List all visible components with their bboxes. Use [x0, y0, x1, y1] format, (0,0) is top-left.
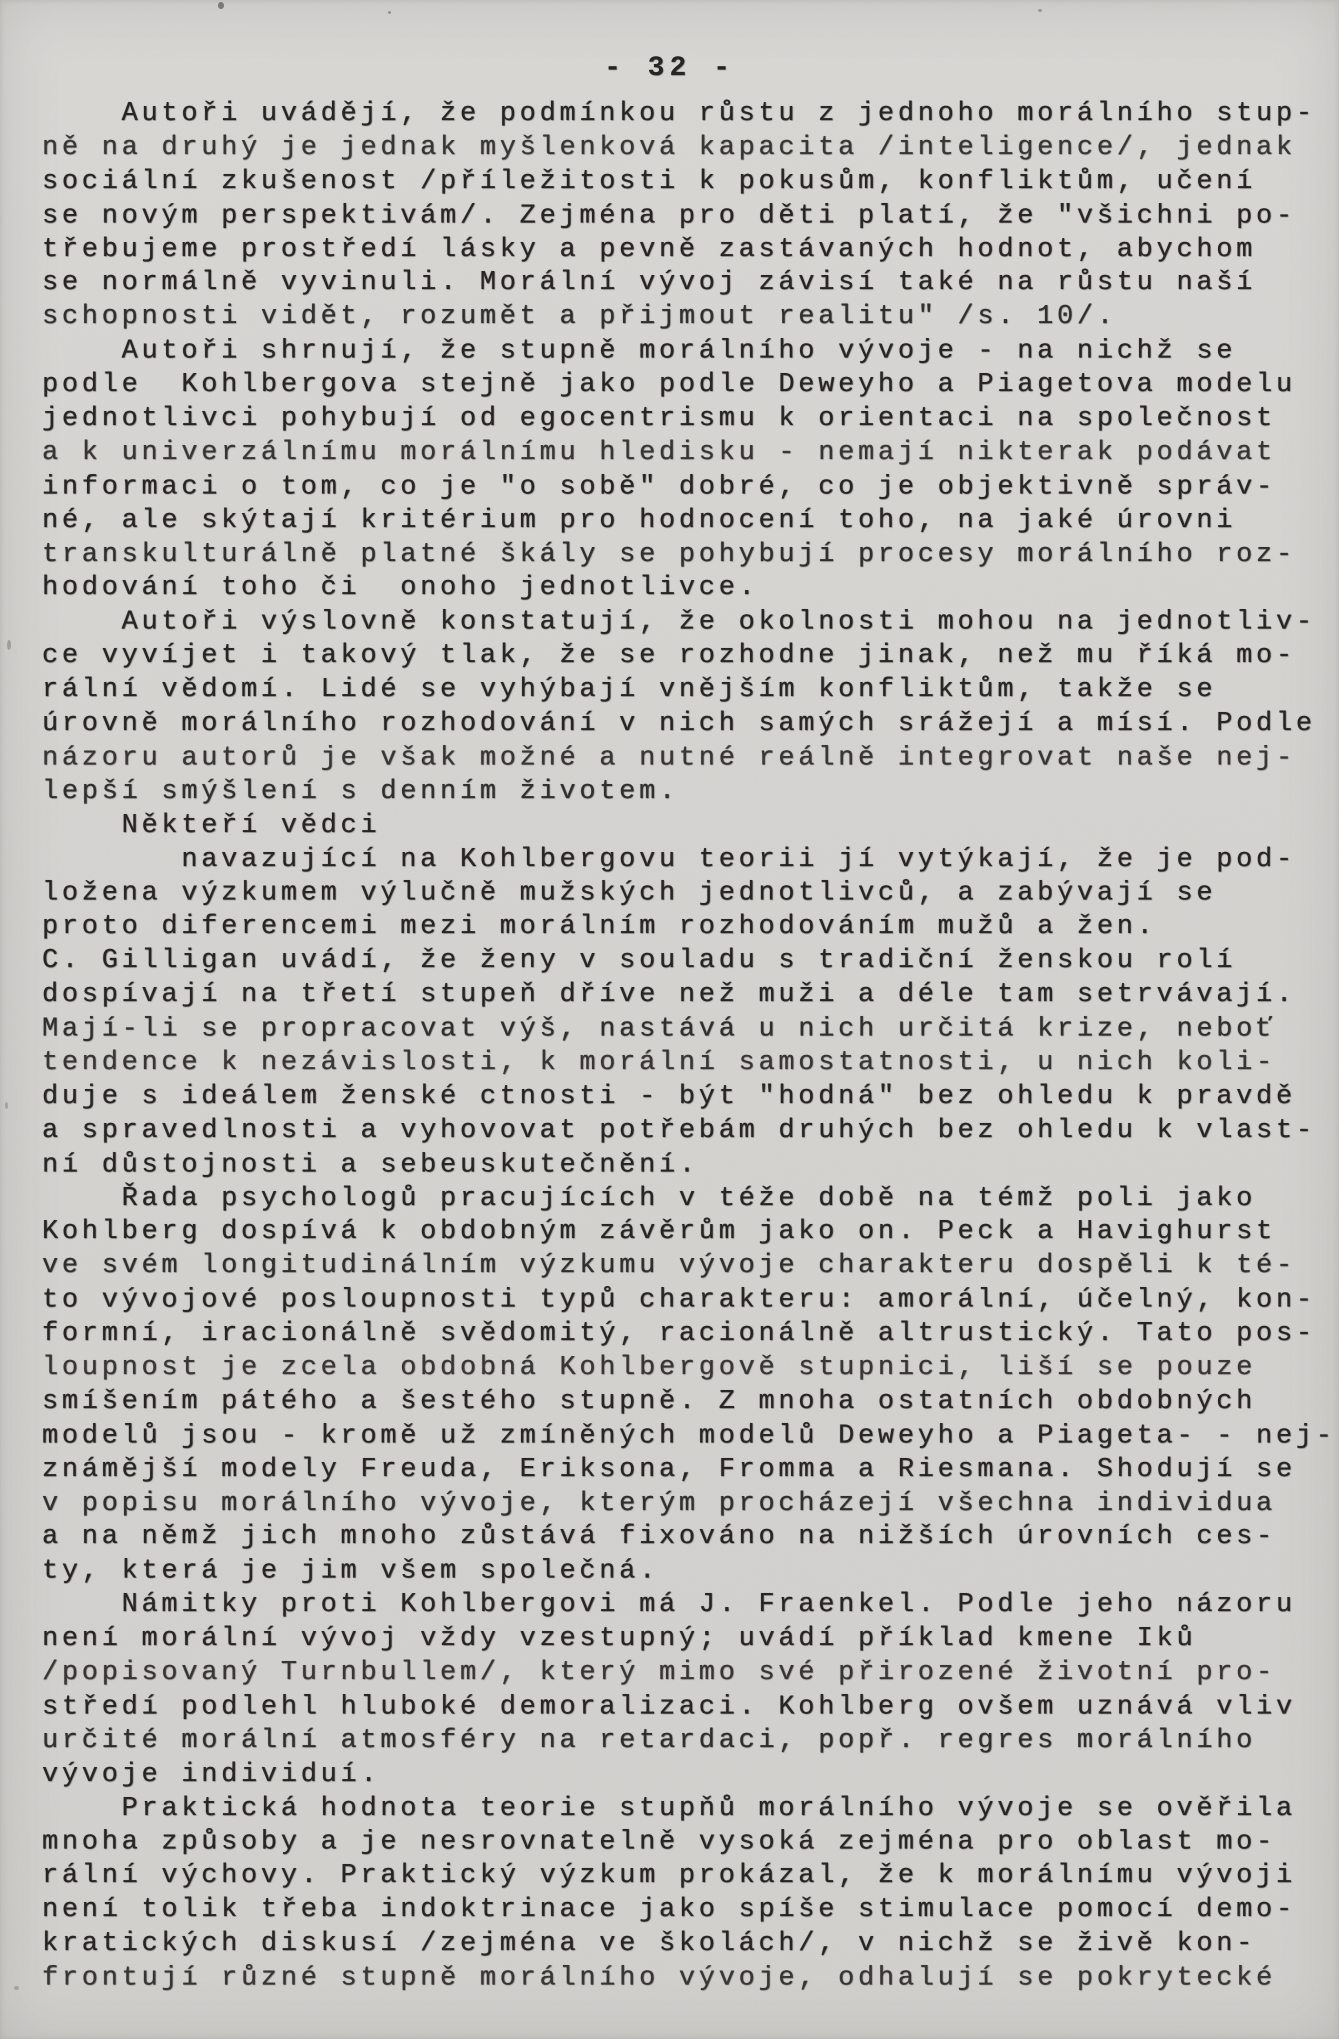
text-line: Někteří vědci: [42, 810, 1333, 844]
text-line: Řada psychologů pracujících v téže době …: [42, 1183, 1333, 1217]
page-number: - 32 -: [0, 52, 1339, 86]
text-line: vývoje individuí.: [42, 1759, 1333, 1793]
text-line: schopnosti vidět, rozumět a přijmout rea…: [42, 301, 1333, 335]
text-line: středí podlehl hluboké demoralizaci. Koh…: [42, 1691, 1333, 1725]
text-line: /popisovaný Turnbullem/, který mimo své …: [42, 1657, 1333, 1691]
text-line: v popisu morálního vývoje, kterým prochá…: [42, 1488, 1333, 1522]
text-body: Autoři uvádějí, že podmínkou růstu z jed…: [0, 86, 1339, 1996]
text-line: Autoři výslovně konstatují, že okolnosti…: [42, 607, 1333, 641]
scan-speck: [1038, 9, 1042, 12]
text-line: názoru autorů je však možné a nutné reál…: [42, 742, 1333, 776]
text-line: a k univerzálnímu morálnímu hledisku - n…: [42, 437, 1333, 471]
text-line: dospívají na třetí stupeň dříve než muži…: [42, 979, 1333, 1013]
text-line: ložena výzkumem výlučně mužských jednotl…: [42, 878, 1333, 912]
text-line: tendence k nezávislosti, k morální samos…: [42, 1047, 1333, 1081]
text-line: ně na druhý je jednak myšlenková kapacit…: [42, 132, 1333, 166]
text-line: smíšením pátého a šestého stupně. Z mnoh…: [42, 1386, 1333, 1420]
text-line: a spravedlnosti a vyhovovat potřebám dru…: [42, 1115, 1333, 1149]
text-line: hodování toho či onoho jednotlivce.: [42, 572, 1333, 606]
text-line: transkulturálně platné škály se pohybují…: [42, 539, 1333, 573]
text-line: navazující na Kohlbergovu teorii jí vytý…: [42, 844, 1333, 878]
text-line: né, ale skýtají kritérium pro hodnocení …: [42, 505, 1333, 539]
text-line: ní důstojnosti a sebeuskutečnění.: [42, 1149, 1333, 1183]
text-line: se novým perspektivám/. Zejména pro děti…: [42, 200, 1333, 234]
text-line: podle Kohlbergova stejně jako podle Dewe…: [42, 369, 1333, 403]
text-line: není tolik třeba indoktrinace jako spíše…: [42, 1894, 1333, 1928]
text-line: rální výchovy. Praktický výzkum prokázal…: [42, 1860, 1333, 1894]
text-line: není morální vývoj vždy vzestupný; uvádí…: [42, 1623, 1333, 1657]
text-line: sociální zkušenost /příležitosti k pokus…: [42, 166, 1333, 200]
text-line: kratických diskusí /zejména ve školách/,…: [42, 1928, 1333, 1962]
text-line: a na němž jich mnoho zůstává fixováno na…: [42, 1521, 1333, 1555]
text-line: třebujeme prostředí lásky a pevně zastáv…: [42, 234, 1333, 268]
text-line: Autoři uvádějí, že podmínkou růstu z jed…: [42, 98, 1333, 132]
text-line: ce vyvíjet i takový tlak, že se rozhodne…: [42, 640, 1333, 674]
text-line: frontují různé stupně morálního vývoje, …: [42, 1962, 1333, 1996]
text-line: známější modely Freuda, Eriksona, Fromma…: [42, 1454, 1333, 1488]
text-line: Mají-li se propracovat výš, nastává u ni…: [42, 1013, 1333, 1047]
text-line: to vývojové posloupnosti typů charakteru…: [42, 1285, 1333, 1319]
text-line: rální vědomí. Lidé se vyhýbají vnějším k…: [42, 674, 1333, 708]
text-line: se normálně vyvinuli. Morální vývoj závi…: [42, 267, 1333, 301]
text-line: lepší smýšlení s denním životem.: [42, 776, 1333, 810]
text-line: informaci o tom, co je "o sobě" dobré, c…: [42, 471, 1333, 505]
text-line: ty, která je jim všem společná.: [42, 1556, 1333, 1590]
text-line: loupnost je zcela obdobná Kohlbergově st…: [42, 1352, 1333, 1386]
text-line: úrovně morálního rozhodování v nich samý…: [42, 708, 1333, 742]
scanned-page: - 32 - Autoři uvádějí, že podmínkou růst…: [0, 0, 1339, 2039]
text-line: jednotlivci pohybují od egocentrismu k o…: [42, 403, 1333, 437]
scan-speck: [388, 11, 391, 14]
text-line: Autoři shrnují, že stupně morálního vývo…: [42, 336, 1333, 370]
text-line: Námitky proti Kohlbergovi má J. Fraenkel…: [42, 1589, 1333, 1623]
text-line: určité morální atmosféry na retardaci, p…: [42, 1725, 1333, 1759]
text-line: ve svém longitudinálním výzkumu vývoje c…: [42, 1250, 1333, 1284]
text-line: C. Gilligan uvádí, že ženy v souladu s t…: [42, 945, 1333, 979]
text-line: duje s ideálem ženské ctnosti - být "hod…: [42, 1081, 1333, 1115]
text-line: formní, iracionálně svědomitý, racionáln…: [42, 1318, 1333, 1352]
text-line: Kohlberg dospívá k obdobným závěrům jako…: [42, 1216, 1333, 1250]
text-line: proto diferencemi mezi morálním rozhodov…: [42, 911, 1333, 945]
text-line: modelů jsou - kromě už zmíněných modelů …: [42, 1420, 1333, 1454]
text-line: mnoha způsoby a je nesrovnatelně vysoká …: [42, 1827, 1333, 1861]
scan-speck: [218, 2, 224, 9]
text-line: Praktická hodnota teorie stupňů morálníh…: [42, 1793, 1333, 1827]
